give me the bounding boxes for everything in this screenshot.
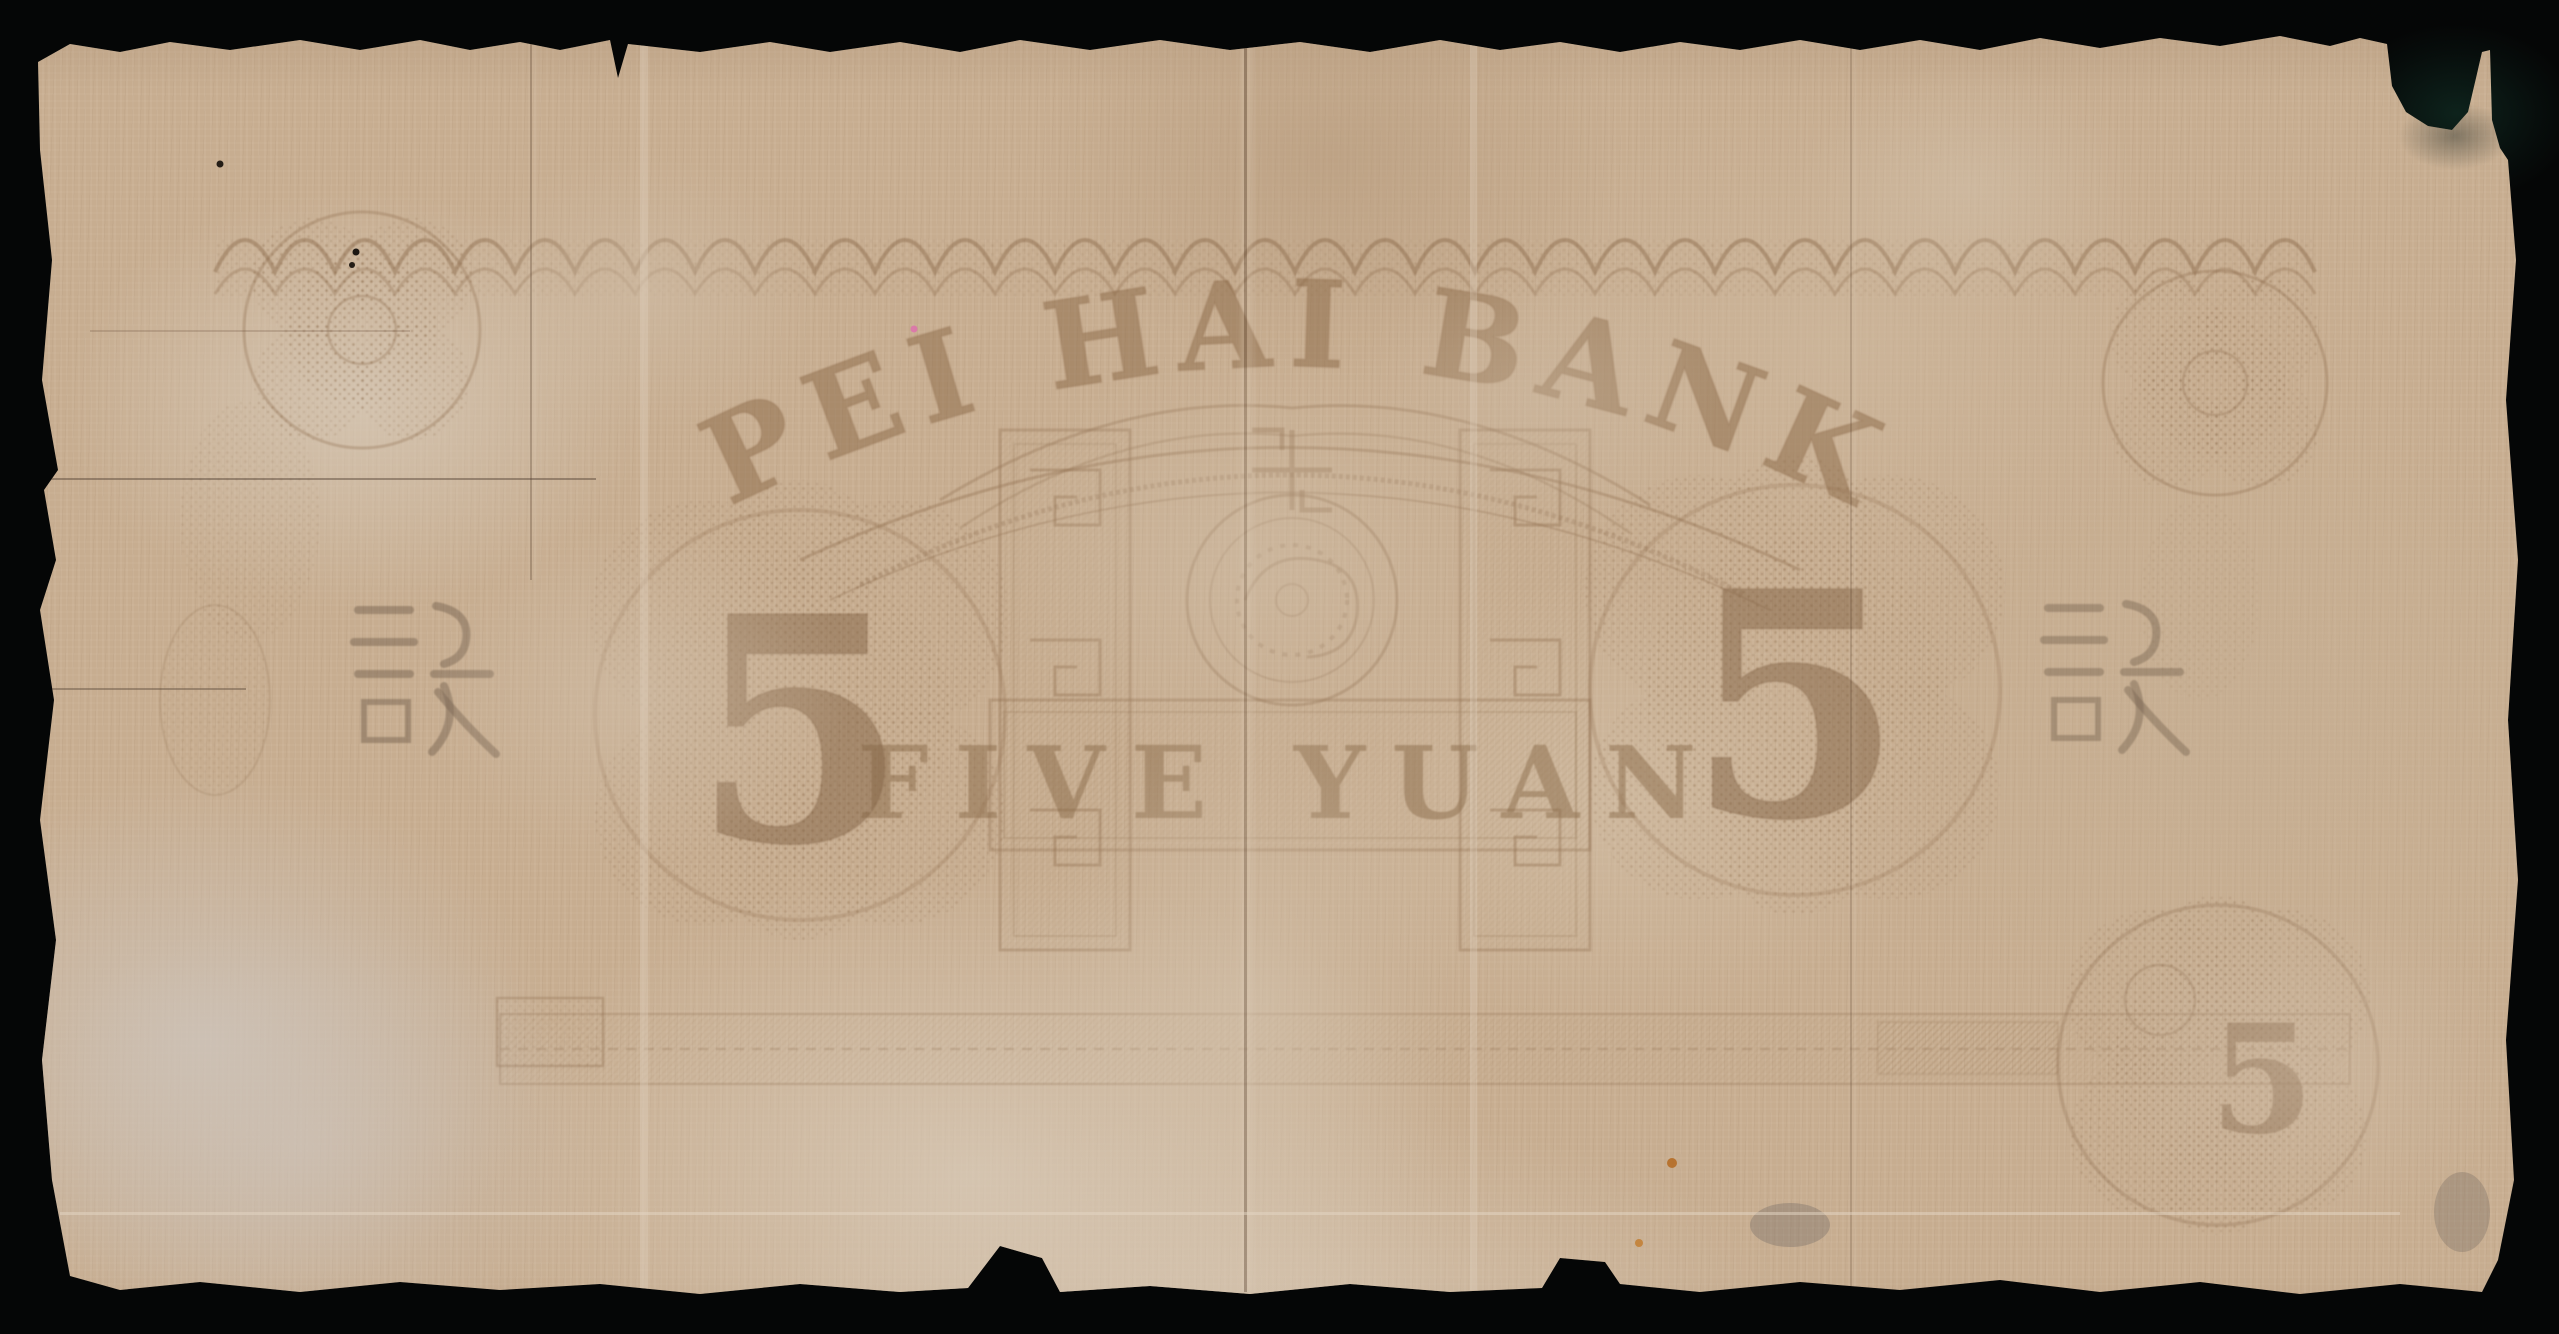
five-panel-right: 5 [1585, 455, 2005, 915]
meander-column-left [1000, 430, 1130, 950]
numeral-five-left: 5 [692, 550, 908, 914]
stamp-character-left [354, 606, 496, 754]
numeral-five-corner: 5 [2210, 992, 2314, 1168]
banknote: PEI HAI BANK [0, 0, 2559, 1334]
corner-ornament-bottom-right: 5 [2058, 895, 2378, 1235]
print-layer: PEI HAI BANK [0, 0, 2559, 1334]
five-panel-left: 5 [590, 480, 1010, 940]
ornament-column-left [160, 212, 480, 795]
ornament-column-right [2103, 271, 2327, 700]
meander-column-right [1460, 430, 1590, 950]
photo-canvas: PEI HAI BANK [0, 0, 2559, 1334]
numeral-five-right: 5 [1687, 525, 1903, 889]
medallion [1187, 495, 1397, 705]
